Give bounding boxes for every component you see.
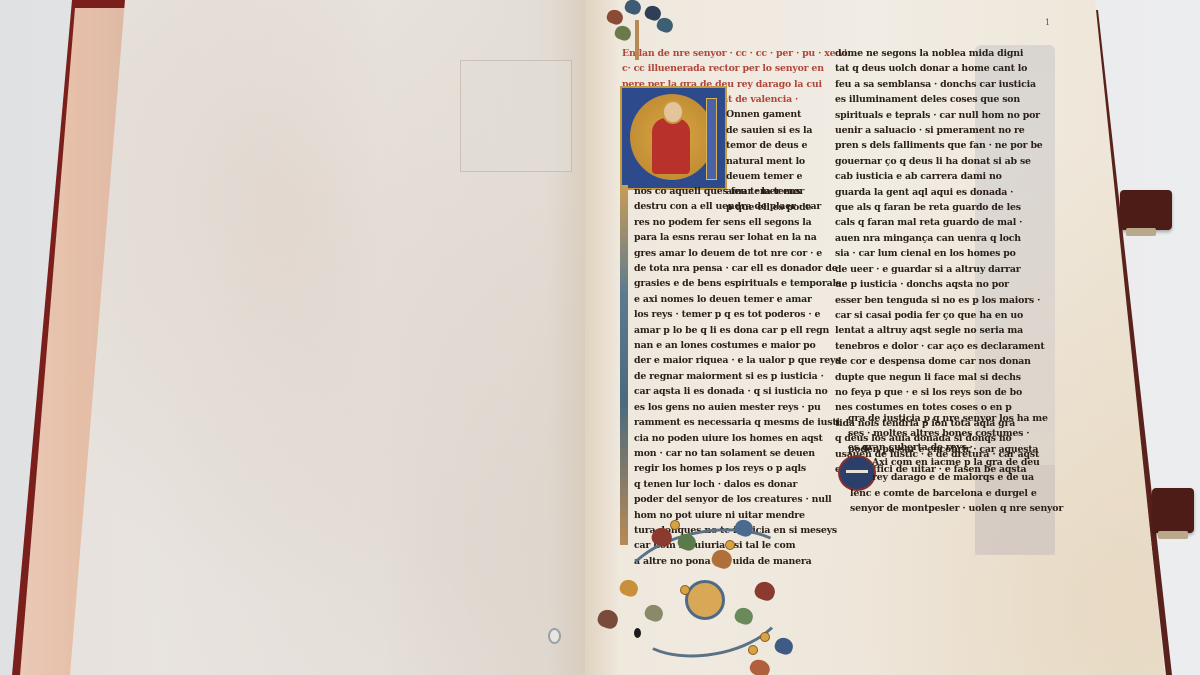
bottom-vine-ornament <box>590 510 810 675</box>
page-hole <box>548 628 561 644</box>
leaf-icon <box>748 657 772 675</box>
leaf-icon <box>773 635 795 656</box>
historiated-initial <box>620 86 727 190</box>
letter-stroke <box>706 98 717 180</box>
gold-berry <box>680 585 690 595</box>
leaf-icon <box>605 8 625 27</box>
clasp-bottom <box>1152 488 1194 533</box>
page-hole <box>634 628 641 638</box>
leaf-icon <box>613 24 633 43</box>
marginal-border-stem <box>620 185 628 545</box>
clasp-top <box>1120 190 1172 230</box>
leaf-icon <box>623 0 643 16</box>
clasp-metal <box>1158 531 1188 539</box>
clasp-metal <box>1126 228 1156 236</box>
figure-robe <box>652 118 690 174</box>
gold-roundel <box>685 580 725 620</box>
gold-berry <box>748 645 758 655</box>
folio-number: 1 <box>1045 18 1050 27</box>
figure-head <box>662 100 684 124</box>
parchment-repair-patch <box>460 60 572 172</box>
gold-berry <box>760 632 770 642</box>
column-b-text-final: es gran cuberta de reys · <box>848 440 973 455</box>
closing-paragraph: Axi com en iacme p la gra de deu rey dar… <box>872 455 1063 517</box>
gold-berry <box>725 540 735 550</box>
leaf-icon <box>596 607 621 631</box>
gold-berry <box>670 520 680 530</box>
